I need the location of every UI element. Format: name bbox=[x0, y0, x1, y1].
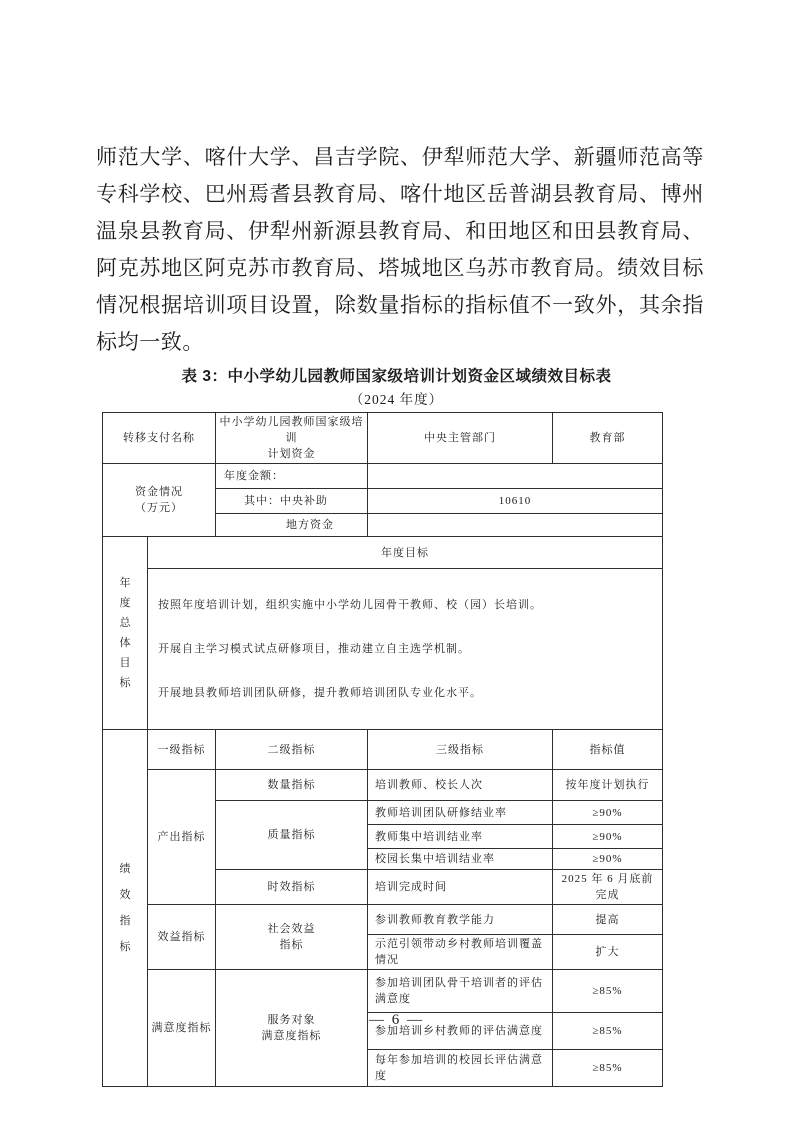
funds-central-subsidy-label: 其中：中央补助 bbox=[216, 489, 368, 514]
funds-label: 资金情况 （万元） bbox=[103, 464, 216, 537]
central-dept-label: 中央主管部门 bbox=[368, 413, 553, 464]
indicator-value: 按年度计划执行 bbox=[553, 770, 663, 801]
indicator-l3: 参加培训团队骨干培训者的评估满意度 bbox=[368, 970, 553, 1013]
indicator-l3: 每年参加培训的校园长评估满意度 bbox=[368, 1050, 553, 1087]
indicator-l3: 参训教师教育教学能力 bbox=[368, 905, 553, 935]
indicator-l3: 培训教师、校长人次 bbox=[368, 770, 553, 801]
funds-local-value bbox=[368, 514, 663, 537]
header-level1: 一级指标 bbox=[148, 730, 216, 770]
central-dept-value: 教育部 bbox=[553, 413, 663, 464]
level1-output: 产出指标 bbox=[148, 770, 216, 905]
annual-goal-side-label: 年 度 总 体 目 标 bbox=[103, 537, 148, 730]
annual-goal-line: 开展自主学习模式试点研修项目，推动建立自主选学机制。 bbox=[158, 635, 652, 663]
table-row: 转移支付名称 中小学幼儿园教师国家级培训 计划资金 中央主管部门 教育部 bbox=[103, 413, 663, 464]
performance-target-table: 转移支付名称 中小学幼儿园教师国家级培训 计划资金 中央主管部门 教育部 资金情… bbox=[102, 412, 663, 1087]
header-value: 指标值 bbox=[553, 730, 663, 770]
level2-social: 社会效益 指标 bbox=[216, 905, 368, 970]
table-subtitle: （2024 年度） bbox=[0, 388, 793, 408]
annual-goal-header: 年度目标 bbox=[148, 537, 663, 569]
table-row: 产出指标 数量指标 培训教师、校长人次 按年度计划执行 bbox=[103, 770, 663, 801]
indicator-l3: 教师集中培训结业率 bbox=[368, 825, 553, 849]
header-level2: 二级指标 bbox=[216, 730, 368, 770]
indicator-value: ≥85% bbox=[553, 970, 663, 1013]
table-row: 满意度指标 服务对象 满意度指标 参加培训团队骨干培训者的评估满意度 ≥85% bbox=[103, 970, 663, 1013]
level2-quantity: 数量指标 bbox=[216, 770, 368, 801]
table-row: 按照年度培训计划，组织实施中小学幼儿园骨干教师、校（园）长培训。 开展自主学习模… bbox=[103, 569, 663, 730]
body-paragraph: 师范大学、喀什大学、昌吉学院、伊犁师范大学、新疆师范高等专科学校、巴州焉耆县教育… bbox=[96, 139, 704, 361]
indicator-value: ≥90% bbox=[553, 849, 663, 870]
indicator-value: 扩大 bbox=[553, 935, 663, 970]
table-row: 年 度 总 体 目 标 年度目标 bbox=[103, 537, 663, 569]
annual-goal-line: 按照年度培训计划，组织实施中小学幼儿园骨干教师、校（园）长培训。 bbox=[158, 591, 652, 619]
level2-quality: 质量指标 bbox=[216, 801, 368, 870]
table-row: 资金情况 （万元） 年度金额： bbox=[103, 464, 663, 489]
indicator-l3: 示范引领带动乡村教师培训覆盖情况 bbox=[368, 935, 553, 970]
page-number: — 6 — bbox=[0, 1012, 793, 1029]
table-row: 绩 效 指 标 一级指标 二级指标 三级指标 指标值 bbox=[103, 730, 663, 770]
transfer-name-value: 中小学幼儿园教师国家级培训 计划资金 bbox=[216, 413, 368, 464]
table-row: 效益指标 社会效益 指标 参训教师教育教学能力 提高 bbox=[103, 905, 663, 935]
indicator-l3: 校园长集中培训结业率 bbox=[368, 849, 553, 870]
indicator-l3: 教师培训团队研修结业率 bbox=[368, 801, 553, 825]
indicator-l3: 培训完成时间 bbox=[368, 870, 553, 905]
level2-timeliness: 时效指标 bbox=[216, 870, 368, 905]
table-title: 表 3：中小学幼儿园教师国家级培训计划资金区域绩效目标表 bbox=[0, 364, 793, 386]
indicator-value: ≥85% bbox=[553, 1050, 663, 1087]
indicator-value: 2025 年 6 月底前完成 bbox=[553, 870, 663, 905]
funds-annual-value bbox=[368, 464, 663, 489]
header-level3: 三级指标 bbox=[368, 730, 553, 770]
transfer-name-label: 转移支付名称 bbox=[103, 413, 216, 464]
indicator-value: ≥90% bbox=[553, 825, 663, 849]
funds-local-label: 地方资金 bbox=[216, 514, 368, 537]
document-page: { "document": { "paragraph": "师范大学、喀什大学、… bbox=[0, 0, 793, 1122]
indicator-value: ≥90% bbox=[553, 801, 663, 825]
annual-goal-line: 开展地县教师培训团队研修，提升教师培训团队专业化水平。 bbox=[158, 679, 652, 707]
performance-side-label: 绩 效 指 标 bbox=[103, 730, 148, 1087]
funds-annual-label: 年度金额： bbox=[216, 464, 368, 489]
annual-goal-body: 按照年度培训计划，组织实施中小学幼儿园骨干教师、校（园）长培训。 开展自主学习模… bbox=[148, 569, 663, 730]
funds-central-subsidy-value: 10610 bbox=[368, 489, 663, 514]
level1-benefit: 效益指标 bbox=[148, 905, 216, 970]
indicator-value: 提高 bbox=[553, 905, 663, 935]
